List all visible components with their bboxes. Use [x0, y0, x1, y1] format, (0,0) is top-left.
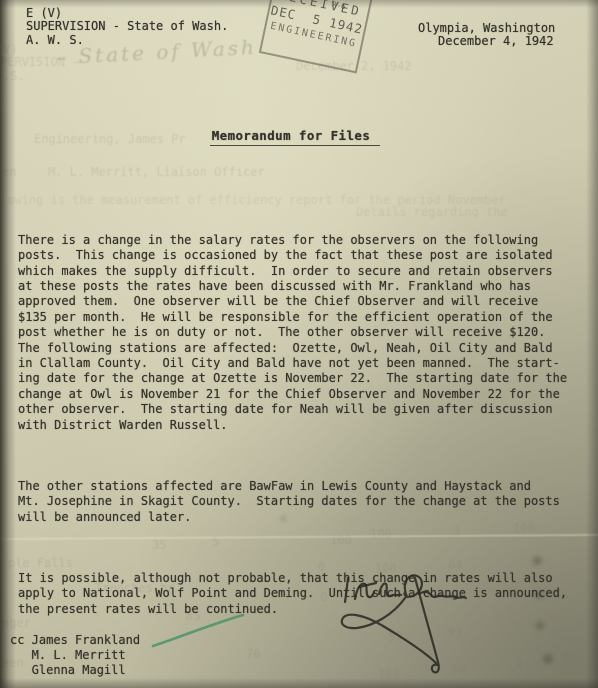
smudge-spot [543, 654, 553, 664]
org-line: A. W. S. [26, 33, 84, 47]
paragraph-2: The other stations affected are BawFaw i… [18, 479, 567, 525]
green-check-line [145, 608, 255, 653]
classification-code: E (V) [26, 6, 62, 20]
memo-page: V)PERVISION —.S.– State of WashDecember … [0, 0, 598, 688]
date-line: December 4, 1942 [438, 35, 554, 48]
smudge-spot [281, 516, 286, 521]
scan-edge-right [586, 0, 598, 688]
smudge-spot [533, 556, 542, 565]
signature-handwriting [335, 570, 485, 682]
paragraph-1: There is a change in the salary rates fo… [18, 233, 567, 433]
smudge-spot [536, 621, 544, 630]
cc-list: cc James Frankland M. L. Merritt Glenna … [10, 633, 140, 679]
title-row: Memorandum for Files [0, 125, 590, 146]
smudge-spot [535, 591, 543, 599]
scan-edge-left [0, 0, 16, 688]
ghost-text: M. L. Merritt, Liaison Officer [48, 165, 265, 179]
scan-edge-bottom [0, 678, 598, 688]
header-left-block: E (V) SUPERVISION - State of Wash. A. W.… [26, 7, 228, 47]
scan-edge-top [0, 0, 598, 8]
memo-title: Memorandum for Files [210, 128, 381, 146]
office-line: SUPERVISION - State of Wash. [26, 19, 228, 33]
